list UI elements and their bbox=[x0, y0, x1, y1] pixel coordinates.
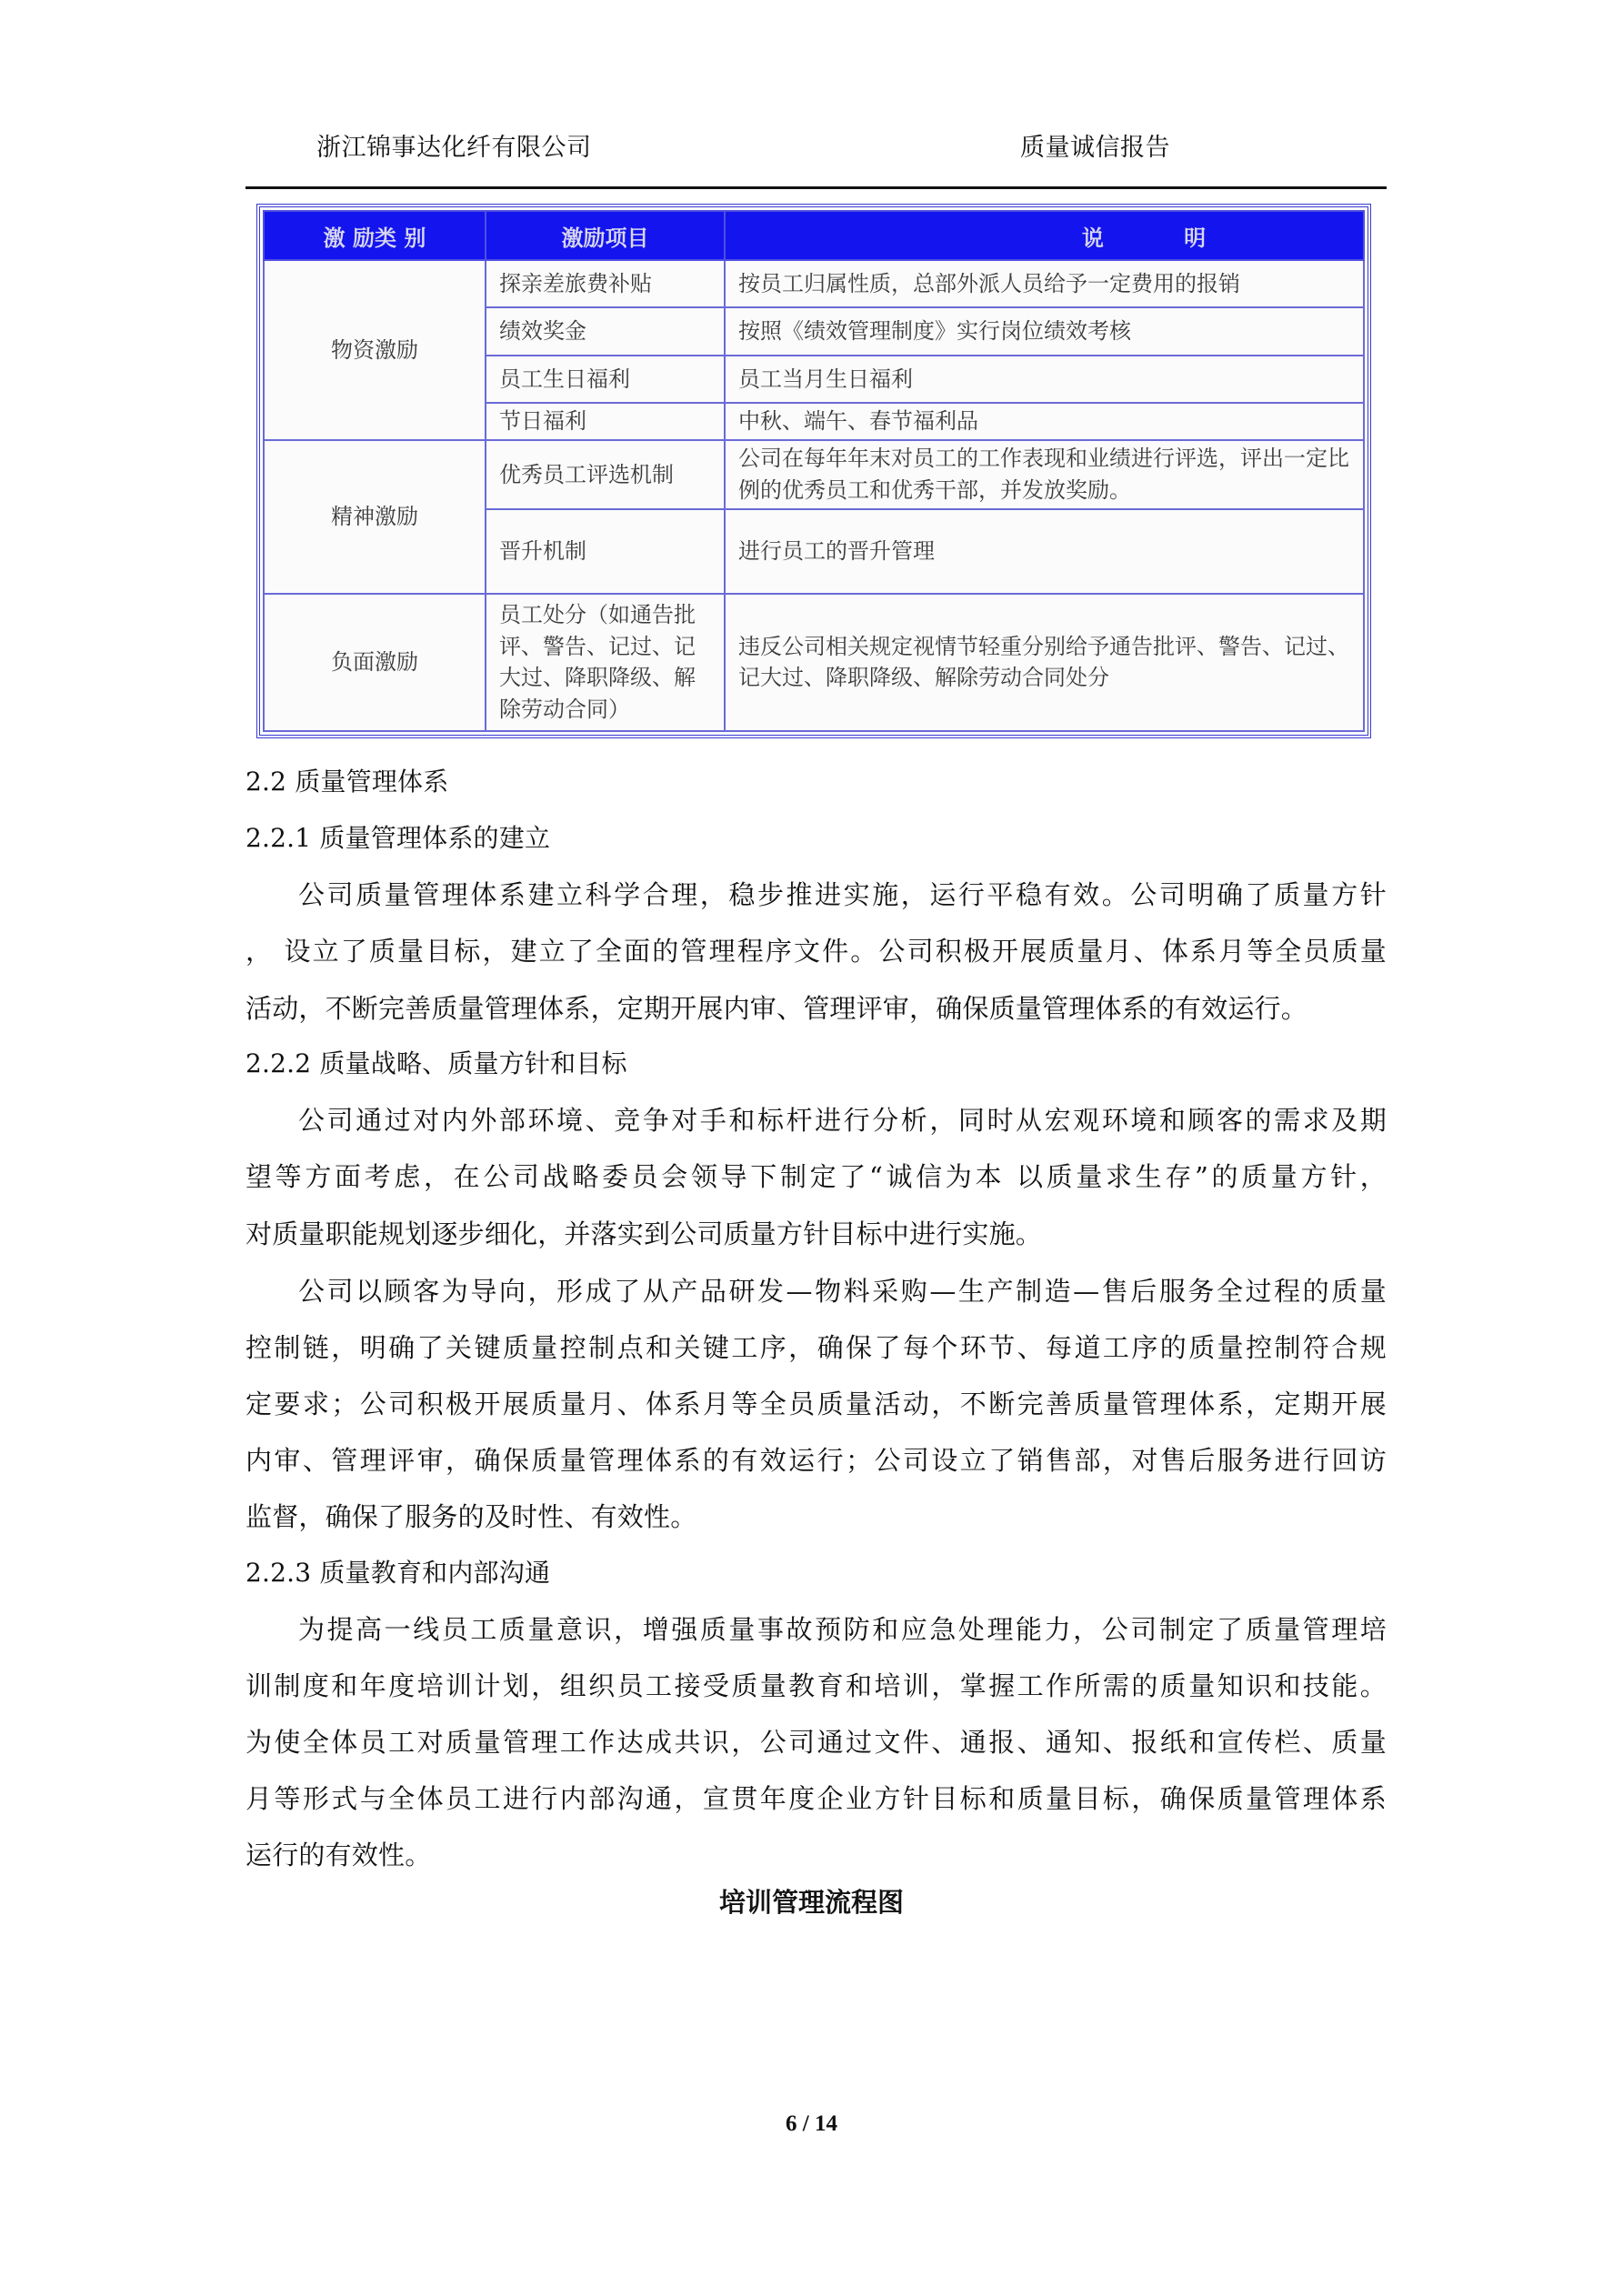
paragraph-line: 控制链，明确了关键质量控制点和关键工序，确保了每个环节、每道工序的质量控制符合规 bbox=[245, 1328, 1387, 1365]
header-company-name: 浙江锦事达化纤有限公司 bbox=[316, 127, 592, 163]
table-row: 精神激励 优秀员工评选机制 公司在每年年末对员工的工作表现和业绩进行评选，评出一… bbox=[264, 440, 1364, 509]
section-heading-2-2-1: 2.2.1 质量管理体系的建立 bbox=[245, 818, 550, 855]
column-header-item: 激励项目 bbox=[486, 211, 725, 260]
item-cell: 员工生日福利 bbox=[486, 356, 725, 403]
paragraph-line: 为提高一线员工质量意识，增强质量事故预防和应急处理能力，公司制定了质量管理培 bbox=[245, 1609, 1387, 1647]
header-report-title: 质量诚信报告 bbox=[1020, 127, 1170, 163]
description-cell: 违反公司相关规定视情节轻重分别给予通告批评、警告、记过、记大过、降职降级、解除劳… bbox=[725, 594, 1364, 731]
paragraph-line: 公司以顾客为导向，形成了从产品研发—物料采购—生产制造—售后服务全过程的质量 bbox=[245, 1271, 1387, 1308]
item-cell: 探亲差旅费补贴 bbox=[486, 260, 725, 307]
description-cell: 按照《绩效管理制度》实行岗位绩效考核 bbox=[725, 307, 1364, 355]
description-cell: 公司在每年年末对员工的工作表现和业绩进行评选，评出一定比例的优秀员工和优秀干部，… bbox=[725, 440, 1364, 509]
paragraph-line: 活动，不断完善质量管理体系，定期开展内审、管理评审，确保质量管理体系的有效运行。 bbox=[245, 988, 1387, 1026]
paragraph-line: 定要求；公司积极开展质量月、体系月等全员质量活动，不断完善质量管理体系，定期开展 bbox=[245, 1384, 1387, 1421]
item-cell: 优秀员工评选机制 bbox=[486, 440, 725, 509]
column-header-category: 激 励类 别 bbox=[264, 211, 486, 260]
category-cell: 负面激励 bbox=[264, 594, 486, 731]
description-cell: 员工当月生日福利 bbox=[725, 356, 1364, 403]
description-cell: 按员工归属性质，总部外派人员给予一定费用的报销 bbox=[725, 260, 1364, 307]
header-divider bbox=[245, 186, 1387, 189]
section-heading-2-2-2: 2.2.2 质量战略、质量方针和目标 bbox=[245, 1044, 627, 1080]
paragraph-line: 训制度和年度培训计划，组织员工接受质量教育和培训，掌握工作所需的质量知识和技能。 bbox=[245, 1666, 1387, 1703]
paragraph-line: 监督，确保了服务的及时性、有效性。 bbox=[245, 1497, 1387, 1534]
paragraph-line: 望等方面考虑，在公司战略委员会领导下制定了“诚信为本 以质量求生存”的质量方针， bbox=[245, 1157, 1387, 1194]
flowchart-title: 培训管理流程图 bbox=[0, 1882, 1623, 1920]
section-heading-2-2: 2.2 质量管理体系 bbox=[245, 762, 448, 798]
column-header-description: 说 明 bbox=[725, 211, 1364, 260]
description-cell: 中秋、端午、春节福利品 bbox=[725, 403, 1364, 440]
table-row: 负面激励 员工处分（如通告批评、警告、记过、记大过、降职降级、解除劳动合同） 违… bbox=[264, 594, 1364, 731]
description-cell: 进行员工的晋升管理 bbox=[725, 509, 1364, 594]
paragraph-line: 为使全体员工对质量管理工作达成共识，公司通过文件、通报、通知、报纸和宣传栏、质量 bbox=[245, 1722, 1387, 1760]
paragraph-line: 内审、管理评审，确保质量管理体系的有效运行；公司设立了销售部，对售后服务进行回访 bbox=[245, 1440, 1387, 1478]
incentive-table: 激 励类 别 激励项目 说 明 物资激励 探亲差旅费补贴 按员工归属性质，总部外… bbox=[263, 210, 1365, 732]
page-number: 6 / 14 bbox=[0, 2111, 1623, 2137]
item-cell: 绩效奖金 bbox=[486, 307, 725, 355]
paragraph-line: 公司通过对内外部环境、竞争对手和标杆进行分析，同时从宏观环境和顾客的需求及期 bbox=[245, 1100, 1387, 1138]
category-cell: 物资激励 bbox=[264, 260, 486, 440]
paragraph-line: 公司质量管理体系建立科学合理，稳步推进实施，运行平稳有效。公司明确了质量方针 bbox=[245, 875, 1387, 912]
table-header-row: 激 励类 别 激励项目 说 明 bbox=[264, 211, 1364, 260]
table-row: 物资激励 探亲差旅费补贴 按员工归属性质，总部外派人员给予一定费用的报销 bbox=[264, 260, 1364, 307]
paragraph-line: 月等形式与全体员工进行内部沟通，宣贯年度企业方针目标和质量目标，确保质量管理体系 bbox=[245, 1779, 1387, 1816]
section-heading-2-2-3: 2.2.3 质量教育和内部沟通 bbox=[245, 1553, 550, 1589]
item-cell: 晋升机制 bbox=[486, 509, 725, 594]
item-cell: 员工处分（如通告批评、警告、记过、记大过、降职降级、解除劳动合同） bbox=[486, 594, 725, 731]
paragraph-line: 对质量职能规划逐步细化，并落实到公司质量方针目标中进行实施。 bbox=[245, 1214, 1387, 1251]
paragraph-line: 运行的有效性。 bbox=[245, 1835, 1387, 1872]
item-cell: 节日福利 bbox=[486, 403, 725, 440]
incentive-table-figure: 激 励类 别 激励项目 说 明 物资激励 探亲差旅费补贴 按员工归属性质，总部外… bbox=[256, 204, 1371, 738]
paragraph-line: ， 设立了质量目标，建立了全面的管理程序文件。公司积极开展质量月、体系月等全员质… bbox=[245, 931, 1387, 968]
category-cell: 精神激励 bbox=[264, 440, 486, 594]
